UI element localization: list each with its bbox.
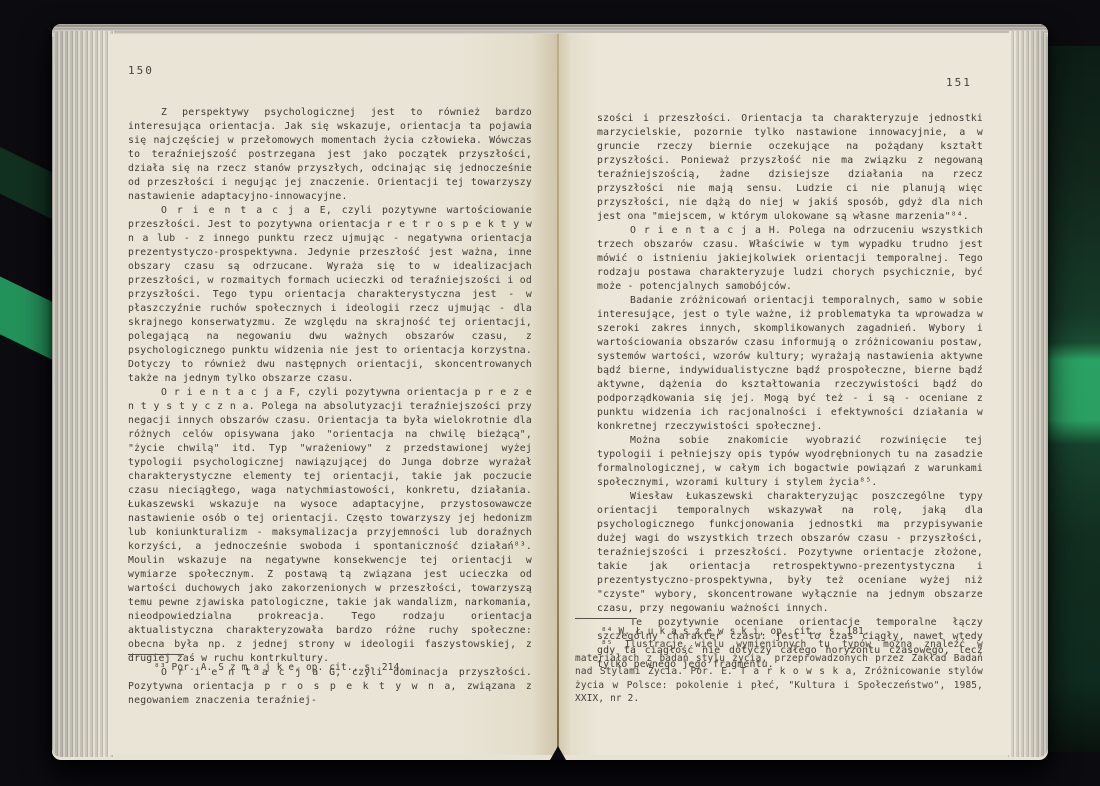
page-edges-right	[1008, 31, 1048, 757]
footnote-rule-right	[575, 618, 637, 619]
book-gutter	[557, 34, 559, 754]
paragraph: Badanie zróżnicowań orientacji temporaln…	[597, 294, 983, 434]
paragraph: O r i e n t a c j a H. Polega na odrzuce…	[597, 224, 983, 294]
backdrop-stripe-right	[1040, 46, 1100, 752]
scanner-background: 150 151 Z perspektywy psychologicznej je…	[0, 0, 1100, 786]
footnote: ⁸⁴ W. Ł u k a s z e w s k i, op. cit., s…	[575, 625, 983, 638]
paragraph: Można sobie znakomicie wyobrazić rozwini…	[597, 434, 983, 490]
page-151-body: szości i przeszłości. Orientacja ta char…	[597, 112, 983, 672]
paragraph: O r i e n t a c j a E, czyli pozytywne w…	[128, 204, 532, 386]
footnote-rule-left	[128, 654, 184, 655]
page-number-left: 150	[128, 64, 154, 77]
gutter-notch	[550, 746, 566, 760]
paragraph: Z perspektywy psychologicznej jest to ró…	[128, 106, 532, 204]
page-151-footnotes: ⁸⁴ W. Ł u k a s z e w s k i, op. cit., s…	[575, 625, 983, 705]
footnote: ⁸³ Por. A. S z m a j k e, op. cit., s. 2…	[128, 661, 532, 674]
page-150-footnotes: ⁸³ Por. A. S z m a j k e, op. cit., s. 2…	[128, 661, 532, 674]
paragraph: szości i przeszłości. Orientacja ta char…	[597, 112, 983, 224]
open-book-scan: 150 151 Z perspektywy psychologicznej je…	[52, 24, 1048, 760]
paragraph: Wiesław Łukaszewski charakteryzując posz…	[597, 490, 983, 616]
page-number-right: 151	[946, 76, 972, 89]
page-150-body: Z perspektywy psychologicznej jest to ró…	[128, 106, 532, 708]
footnote: ⁸⁵ Ilustracje wielu wymienionych tu typó…	[575, 638, 983, 705]
paragraph: O r i e n t a c j a F, czyli pozytywna o…	[128, 386, 532, 666]
page-edges-left	[52, 31, 114, 757]
